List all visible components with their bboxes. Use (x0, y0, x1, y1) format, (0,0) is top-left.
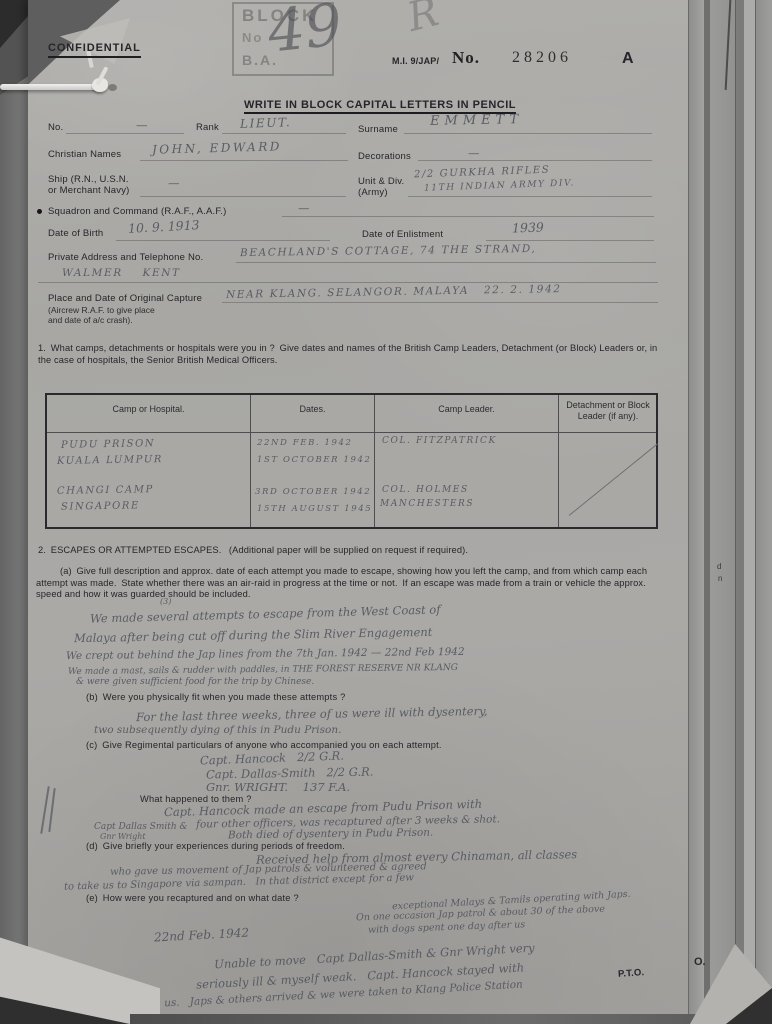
dob-label: Date of Birth (48, 228, 103, 239)
table-col-divider (250, 395, 251, 527)
rank-line (222, 133, 346, 134)
question1-text: 1. What camps, detachments or hospitals … (38, 343, 666, 366)
decorations-label: Decorations (358, 151, 411, 162)
form-title-text: WRITE IN BLOCK CAPITAL LETTERS IN PENCIL (244, 99, 516, 114)
address-line2 (38, 282, 658, 283)
ship-line (140, 196, 346, 197)
table-col-divider (558, 395, 559, 527)
backdrop-bottom-strip (130, 1014, 772, 1024)
rank-label: Rank (196, 122, 219, 133)
pencil-scrawl-49: 49 (265, 0, 346, 66)
unit-div-label-line1: Unit & Div. (358, 176, 404, 187)
decorations-value: — (468, 146, 480, 160)
question-d-text: (d) Give briefly your experiences during… (86, 841, 345, 851)
enlistment-value: 1939 (512, 219, 544, 235)
address-label: Private Address and Telephone No. (48, 252, 203, 263)
table-row-leader: MANCHESTERS (380, 499, 474, 509)
squadron-line (282, 216, 654, 217)
table-header-block: Detachment or Block Leader (if any). (563, 400, 653, 422)
no-field-line (66, 133, 184, 134)
enlistment-label: Date of Enlistment (362, 229, 443, 240)
string (0, 84, 102, 90)
table-row-camp: KUALA LUMPUR (57, 454, 163, 467)
table-row-camp: CHANGI CAMP (57, 484, 154, 497)
answer-what-insert1: Capt Dallas Smith & (94, 822, 188, 832)
page-edge-strip (737, 0, 744, 1024)
ship-label-line1: Ship (R.N., U.S.N. (48, 174, 129, 185)
table-row-dates: 15TH AUGUST 1945 (257, 504, 372, 514)
address-value-line2: WALMER KENT (62, 267, 181, 279)
unit-div-line (408, 196, 652, 197)
squadron-bullet (37, 209, 42, 214)
question-b-text: (b) Were you physically fit when you mad… (86, 692, 345, 702)
table-row-camp: PUDU PRISON (61, 438, 155, 451)
table-header-leader: Camp Leader. (375, 404, 558, 414)
section2-heading: 2. ESCAPES OR ATTEMPTED ESCAPES. (Additi… (38, 545, 662, 557)
enlistment-line (486, 240, 654, 241)
table-row-camp: SINGAPORE (61, 500, 140, 512)
table-row-dates: 22ND FEB. 1942 (257, 438, 353, 448)
christian-names-line (140, 160, 348, 161)
table-col-divider (374, 395, 375, 527)
table-row-dates: 3RD OCTOBER 1942 (255, 487, 371, 497)
capture-label-line1: Place and Date of Original Capture (48, 293, 202, 304)
rank-value: LIEUT. (240, 115, 292, 131)
decorations-line (418, 160, 652, 161)
scanned-document: CONFIDENTIAL BLOCK No B.A. 49 R M.I. 9/J… (0, 0, 772, 1024)
edge-letter-d: d (717, 562, 721, 571)
capture-line (222, 302, 658, 303)
table-row-leader: COL. FITZPATRICK (382, 436, 497, 446)
table-header-divider (47, 432, 656, 433)
page-edge-strip (710, 0, 736, 1024)
surname-value: EMMETT (430, 112, 523, 129)
string-hole (108, 84, 117, 91)
form-title: WRITE IN BLOCK CAPITAL LETTERS IN PENCIL (170, 95, 590, 114)
page-edge-strip (744, 0, 756, 1024)
answer-a-line: & were given sufficient food for the tri… (76, 677, 314, 687)
serial-number: 28206 (512, 49, 572, 67)
ship-value: — (168, 176, 180, 190)
table-header-dates: Dates. (251, 404, 374, 414)
block-stamp-line2: No (242, 30, 263, 45)
answer-what-insert2: Gnr Wright (100, 832, 146, 841)
pto-label: P.T.O. (618, 967, 645, 980)
copy-letter: A (622, 50, 634, 68)
question-c-text: (c) Give Regimental particulars of anyon… (86, 740, 442, 750)
question-e-text: (e) How were you recaptured and on what … (86, 893, 299, 903)
christian-names-label: Christian Names (48, 149, 121, 160)
address-line1 (236, 262, 656, 263)
answer-a-superscript: (3) (160, 597, 171, 606)
page-edge-strip (688, 0, 704, 1024)
surname-label: Surname (358, 124, 398, 135)
edge-letter-o: O. (694, 956, 706, 968)
surname-line (404, 133, 652, 134)
answer-b-line: two subsequently dying of this in Pudu P… (94, 724, 341, 736)
camps-table: Camp or Hospital. Dates. Camp Leader. De… (45, 393, 658, 529)
edge-letter-n: n (718, 574, 722, 583)
capture-label-line2: (Aircrew R.A.F. to give place (48, 305, 155, 315)
squadron-value: — (298, 201, 310, 215)
table-row-leader: COL. HOLMES (382, 485, 469, 495)
table-block-diagonal-mark (569, 443, 658, 516)
answer-c-line: Gnr. WRIGHT. 137 F.A. (206, 780, 350, 794)
capture-label-line3: and date of a/c crash). (48, 315, 133, 325)
confidential-label: CONFIDENTIAL (48, 42, 141, 58)
serial-no-label: No. (452, 48, 480, 68)
mi9-reference: M.I. 9/JAP/ (392, 56, 439, 66)
ship-label-line2: or Merchant Navy) (48, 185, 130, 196)
table-row-dates: 1ST OCTOBER 1942 (257, 455, 372, 465)
unit-div-label-line2: (Army) (358, 187, 388, 198)
question-a-text: (a) Give full description and approx. da… (36, 566, 666, 601)
squadron-label: Squadron and Command (R.A.F., A.A.F.) (48, 206, 226, 217)
backdrop-left (0, 0, 30, 1024)
dob-line (116, 240, 330, 241)
answer-c-line: Capt. Dallas-Smith 2/2 G.R. (206, 765, 374, 782)
page-edge-strip (756, 0, 772, 1024)
table-header-camp: Camp or Hospital. (47, 404, 250, 414)
no-field-value: — (136, 118, 148, 132)
no-field-label: No. (48, 122, 63, 133)
